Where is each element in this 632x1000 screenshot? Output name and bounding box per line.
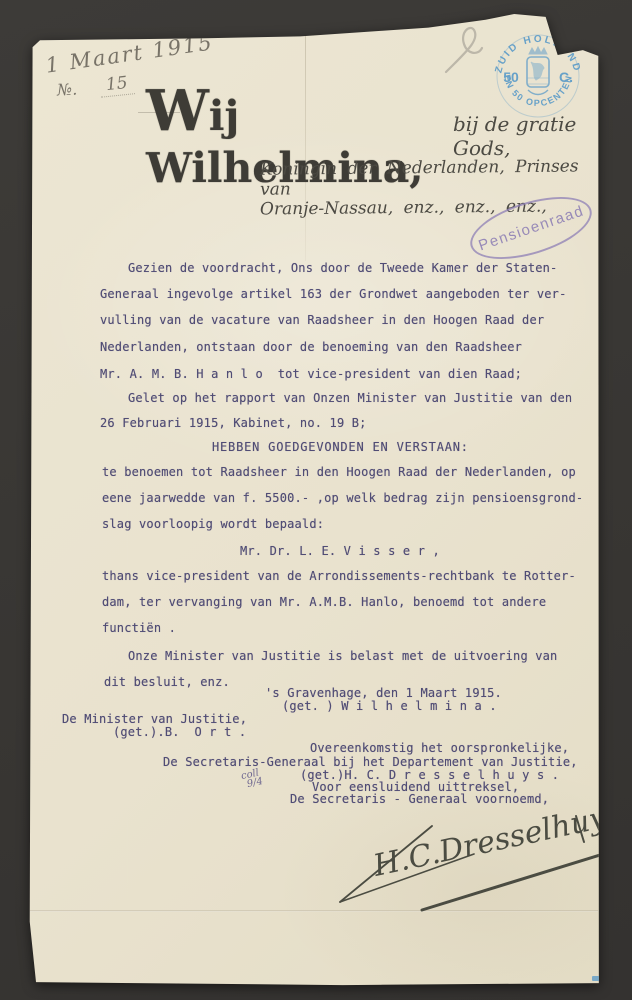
body-line: Gelet op het rapport van Onzen Minister … <box>128 392 572 404</box>
title-line2: Koningin der Nederlanden, Prinses van <box>260 156 600 200</box>
collation-line2: 9/4 <box>246 777 264 789</box>
document-page: 1 Maart 1915 №. 15 ZUID HOLLAND EN 50 O <box>28 12 600 988</box>
document-number-value: 15 <box>99 72 135 97</box>
body-line: vulling van de vacature van Raadsheer in… <box>100 314 544 326</box>
blue-ink-mark <box>592 976 604 981</box>
stamp-value-left: 50 <box>503 69 519 85</box>
body-line: thans vice-president van de Arrondisseme… <box>102 570 576 582</box>
scan-background: 1 Maart 1915 №. 15 ZUID HOLLAND EN 50 O <box>0 0 632 1000</box>
body-line: Generaal ingevolge artikel 163 der Grond… <box>100 288 567 300</box>
body-line: functiën . <box>102 622 176 634</box>
signature: H.C.Dresselhuys <box>324 798 624 923</box>
body-line: te benoemen tot Raadsheer in den Hoogen … <box>102 466 576 478</box>
signed-wilhelmina-line: (get. ) W i l h e l m i n a . <box>282 700 497 712</box>
certification-line: Overeenkomstig het oorspronkelijke, <box>310 742 569 754</box>
body-line: slag voorloopig wordt bepaald: <box>102 518 324 530</box>
document-number-label: №. <box>57 79 78 99</box>
handwritten-date: 1 Maart 1915 <box>44 30 215 77</box>
decree-formula-line: HEBBEN GOEDGEVONDEN EN VERSTAAN: <box>212 441 469 453</box>
body-line: Nederlanden, ontstaan door de benoeming … <box>100 341 522 353</box>
body-line: dam, ter vervanging van Mr. A.M.B. Hanlo… <box>102 596 546 608</box>
title-suffix: bij de gratie Gods, <box>453 112 600 160</box>
stamp-crest <box>527 47 549 95</box>
body-line: eene jaarwedde van f. 5500.- ,op welk be… <box>102 492 583 504</box>
signature-name: H.C.Dresselhuys <box>369 798 624 884</box>
revenue-stamp: ZUID HOLLAND EN 50 OPCENTEN 50 C. <box>490 28 586 124</box>
body-line: 26 Februari 1915, Kabinet, no. 19 B; <box>100 417 367 429</box>
collation-mark: coll 9/4 <box>240 768 263 790</box>
minister-title-line: De Minister van Justitie, <box>62 713 247 725</box>
body-line: Onze Minister van Justitie is belast met… <box>128 650 557 662</box>
body-line: Mr. A. M. B. H a n l o tot vice-presiden… <box>100 368 522 380</box>
body-line: dit besluit, enz. <box>104 676 230 688</box>
paper-shadow: 1 Maart 1915 №. 15 ZUID HOLLAND EN 50 O <box>0 0 632 1000</box>
pencil-squiggle <box>436 22 488 80</box>
body-line: Gezien de voordracht, Ons door de Tweede… <box>128 262 557 274</box>
signed-ort-line: (get.).B. O r t . <box>113 726 246 738</box>
secretary-general-line: De Secretaris-Generaal bij het Departeme… <box>163 756 578 768</box>
stamp-value-right: C. <box>559 69 573 85</box>
appointee-name-line: Mr. Dr. L. E. V i s s e r , <box>240 545 440 557</box>
place-date-line: 's Gravenhage, den 1 Maart 1915. <box>265 687 502 699</box>
